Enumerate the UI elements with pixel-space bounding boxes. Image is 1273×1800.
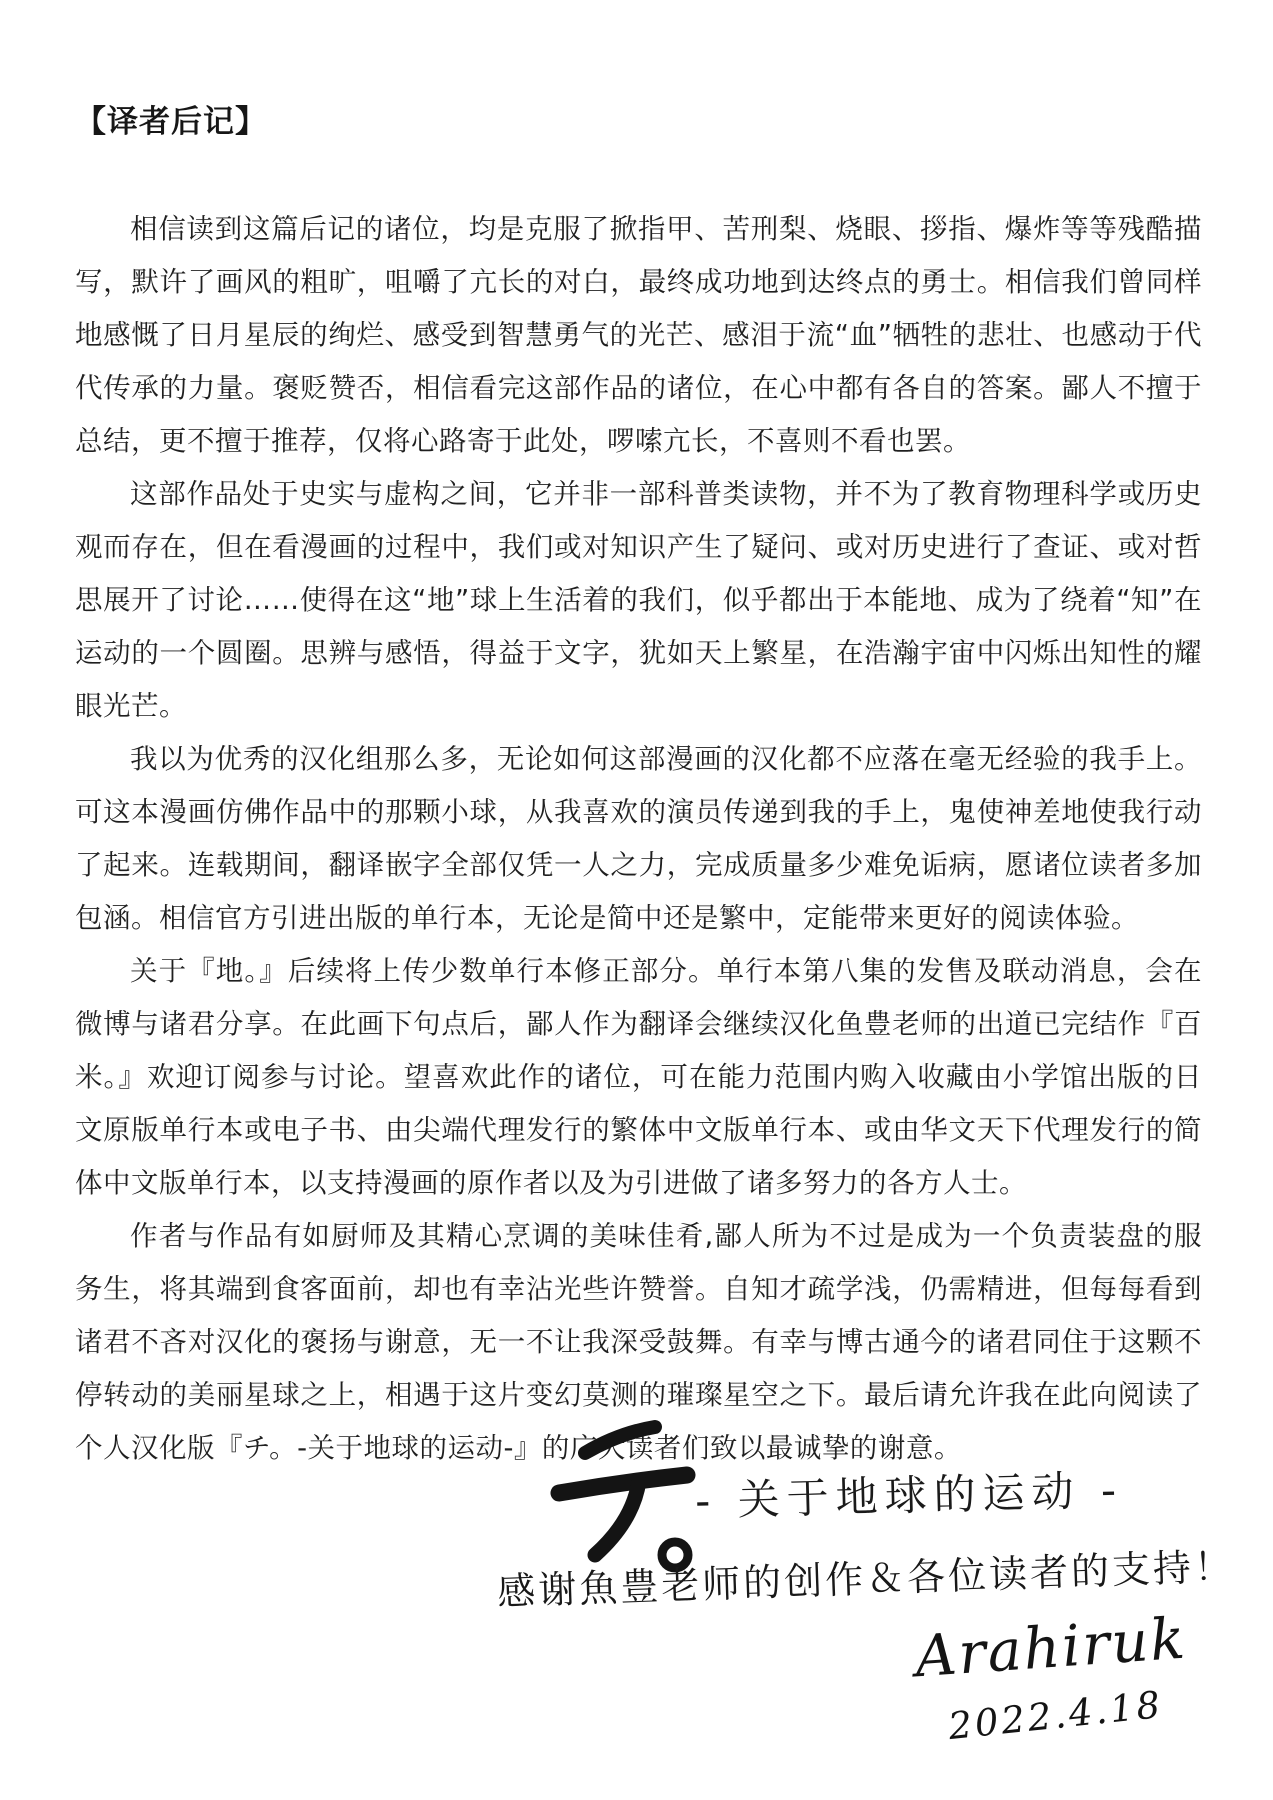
logo-subtitle: - 关于地球的运动 - [694, 1457, 1123, 1528]
paragraph-4: 关于『地。』后续将上传少数单行本修正部分。单行本第八集的发售及联动消息，会在微博… [75, 945, 1202, 1210]
paragraph-1: 相信读到这篇后记的诸位，均是克服了掀指甲、苦刑梨、烧眼、拶指、爆炸等等残酷描写，… [75, 203, 1202, 468]
paragraph-3: 我以为优秀的汉化组那么多，无论如何这部漫画的汉化都不应落在毫无经验的我手上。可这… [75, 733, 1202, 945]
page-title: 【译者后记】 [75, 96, 267, 141]
afterword-page: 【译者后记】 相信读到这篇后记的诸位，均是克服了掀指甲、苦刑梨、烧眼、拶指、爆炸… [0, 0, 1273, 1800]
translator-signature: Arahiruk [913, 1606, 1189, 1691]
signature-date: 2022.4.18 [946, 1683, 1165, 1748]
afterword-body: 相信读到这篇后记的诸位，均是克服了掀指甲、苦刑梨、烧眼、拶指、爆炸等等残酷描写，… [75, 203, 1202, 1475]
chi-manga-logo-icon [545, 1405, 710, 1575]
paragraph-2: 这部作品处于史实与虚构之间，它并非一部科普类读物，并不为了教育物理科学或历史观而… [75, 468, 1202, 733]
